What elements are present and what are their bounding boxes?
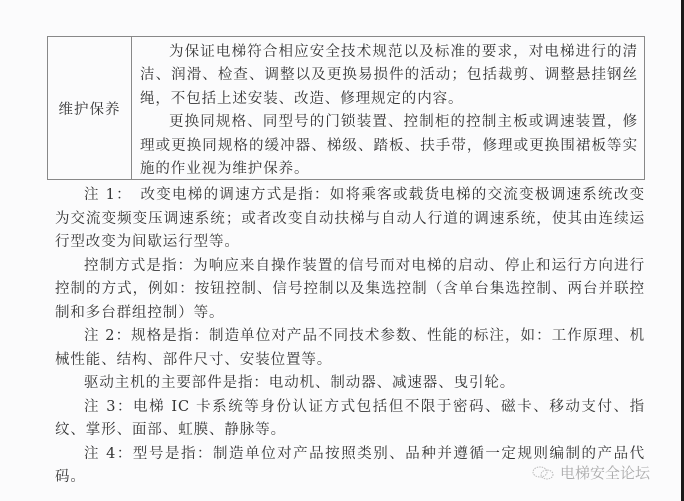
note-paragraph: 注 1： 改变电梯的调速方式是指：如将乘客或载货电梯的交流变极调速系统改变为交流…: [55, 184, 645, 255]
wechat-icon: [532, 466, 554, 480]
table-content-cell: 为保证电梯符合相应安全技术规范以及标准的要求，对电梯进行的清洁、润滑、检查、调整…: [132, 37, 644, 179]
definition-table: 维护保养 为保证电梯符合相应安全技术规范以及标准的要求，对电梯进行的清洁、润滑、…: [47, 36, 645, 180]
note-paragraph: 注 2：规格是指：制造单位对产品不同技术参数、性能的标注，如：工作原理、机械性能…: [55, 325, 645, 372]
table-paragraph: 为保证电梯符合相应安全技术规范以及标准的要求，对电梯进行的清洁、润滑、检查、调整…: [140, 41, 638, 111]
notes-section: 注 1： 改变电梯的调速方式是指：如将乘客或载货电梯的交流变极调速系统改变为交流…: [55, 184, 645, 490]
note-paragraph: 控制方式是指：为响应来自操作装置的信号而对电梯的启动、停止和运行方向进行控制的方…: [55, 255, 645, 326]
watermark-text: 电梯安全论坛: [560, 462, 650, 483]
table-paragraph: 更换同规格、同型号的门锁装置、控制柜的控制主板或调速装置，修理或更换同规格的缓冲…: [140, 111, 638, 181]
watermark: 电梯安全论坛: [532, 462, 650, 483]
note-paragraph: 驱动主机的主要部件是指：电动机、制动器、减速器、曳引轮。: [55, 372, 645, 396]
table-label-cell: 维护保养: [48, 37, 132, 179]
note-paragraph: 注 3：电梯 IC 卡系统等身份认证方式包括但不限于密码、磁卡、移动支付、指纹、…: [55, 396, 645, 443]
